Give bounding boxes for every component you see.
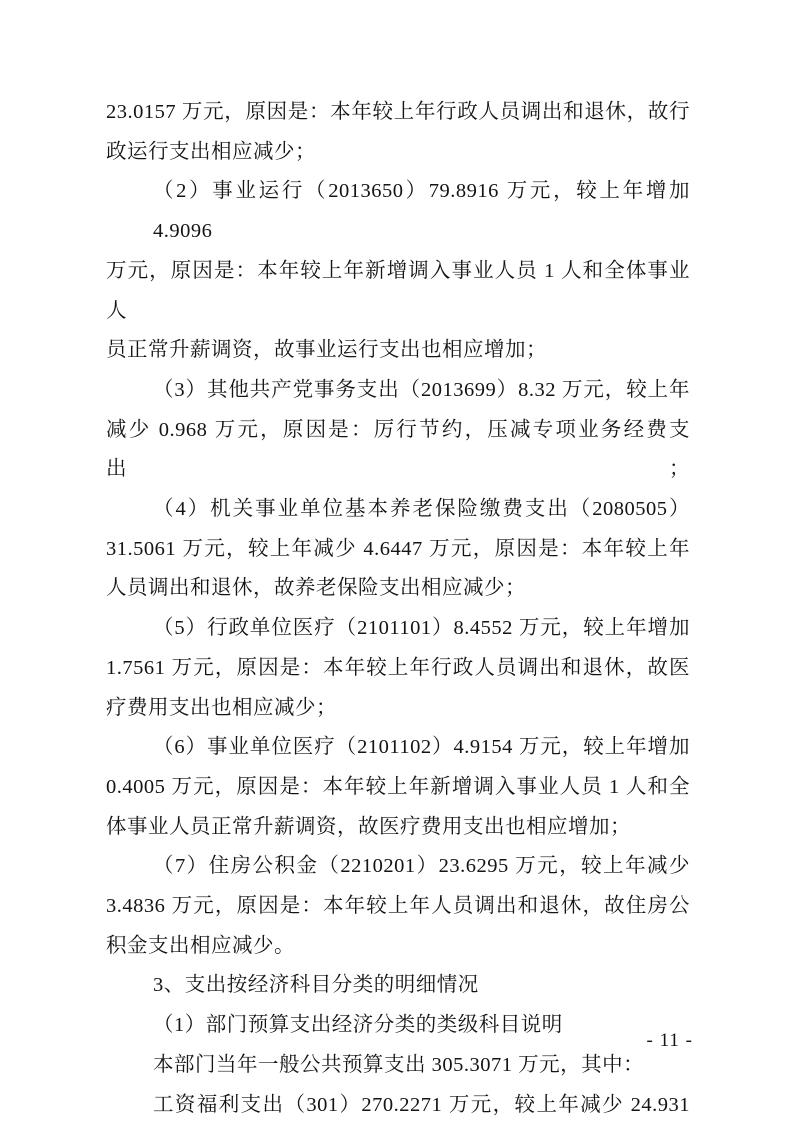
text-line: 1.7561 万元，原因是：本年较上年行政人员调出和退休，故医 [106,649,690,689]
text-line: 3.4836 万元，原因是：本年较上年人员调出和退休，故住房公 [106,887,690,927]
text-line: 人员调出和退休，故养老保险支出相应减少； [106,569,690,609]
text-line: （3）其他共产党事务支出（2013699）8.32 万元，较上年 [106,371,690,411]
text-line: （1）部门预算支出经济分类的类级科目说明 [106,1006,690,1046]
page-number: - 11 - [647,1030,693,1052]
text-line: （4）机关事业单位基本养老保险缴费支出（2080505） [106,490,690,530]
text-line: 31.5061 万元，较上年减少 4.6447 万元，原因是：本年较上年 [106,530,690,570]
text-line: 本部门当年一般公共预算支出 305.3071 万元，其中： [106,1046,690,1086]
text-line: （7）住房公积金（2210201）23.6295 万元，较上年减少 [106,847,690,887]
document-page: 23.0157 万元，原因是：本年较上年行政人员调出和退休，故行政运行支出相应减… [0,0,792,1121]
text-line: 3、支出按经济科目分类的明细情况 [106,966,690,1006]
text-line: （6）事业单位医疗（2101102）4.9154 万元，较上年增加 [106,728,690,768]
text-line: （2）事业运行（2013650）79.8916 万元，较上年增加 4.9096 [106,172,690,251]
text-line: 0.4005 万元，原因是：本年较上年新增调入事业人员 1 人和全 [106,768,690,808]
text-line: 积金支出相应减少。 [106,927,690,967]
text-line: （5）行政单位医疗（2101101）8.4552 万元，较上年增加 [106,609,690,649]
text-line: 减少 0.968 万元，原因是：厉行节约，压减专项业务经费支出； [106,411,690,490]
document-body: 23.0157 万元，原因是：本年较上年行政人员调出和退休，故行政运行支出相应减… [106,93,690,1121]
text-line: 万元，原因是：本年较上年新增调入事业人员 1 人和全体事业人 [106,252,690,331]
text-line: 工资福利支出（301）270.2271 万元，较上年减少 24.931 [106,1086,690,1121]
text-line: 体事业人员正常升薪调资，故医疗费用支出也相应增加； [106,808,690,848]
text-line: 23.0157 万元，原因是：本年较上年行政人员调出和退休，故行 [106,93,690,133]
text-line: 政运行支出相应减少； [106,133,690,173]
text-line: 疗费用支出也相应减少； [106,689,690,729]
text-line: 员正常升薪调资，故事业运行支出也相应增加； [106,331,690,371]
